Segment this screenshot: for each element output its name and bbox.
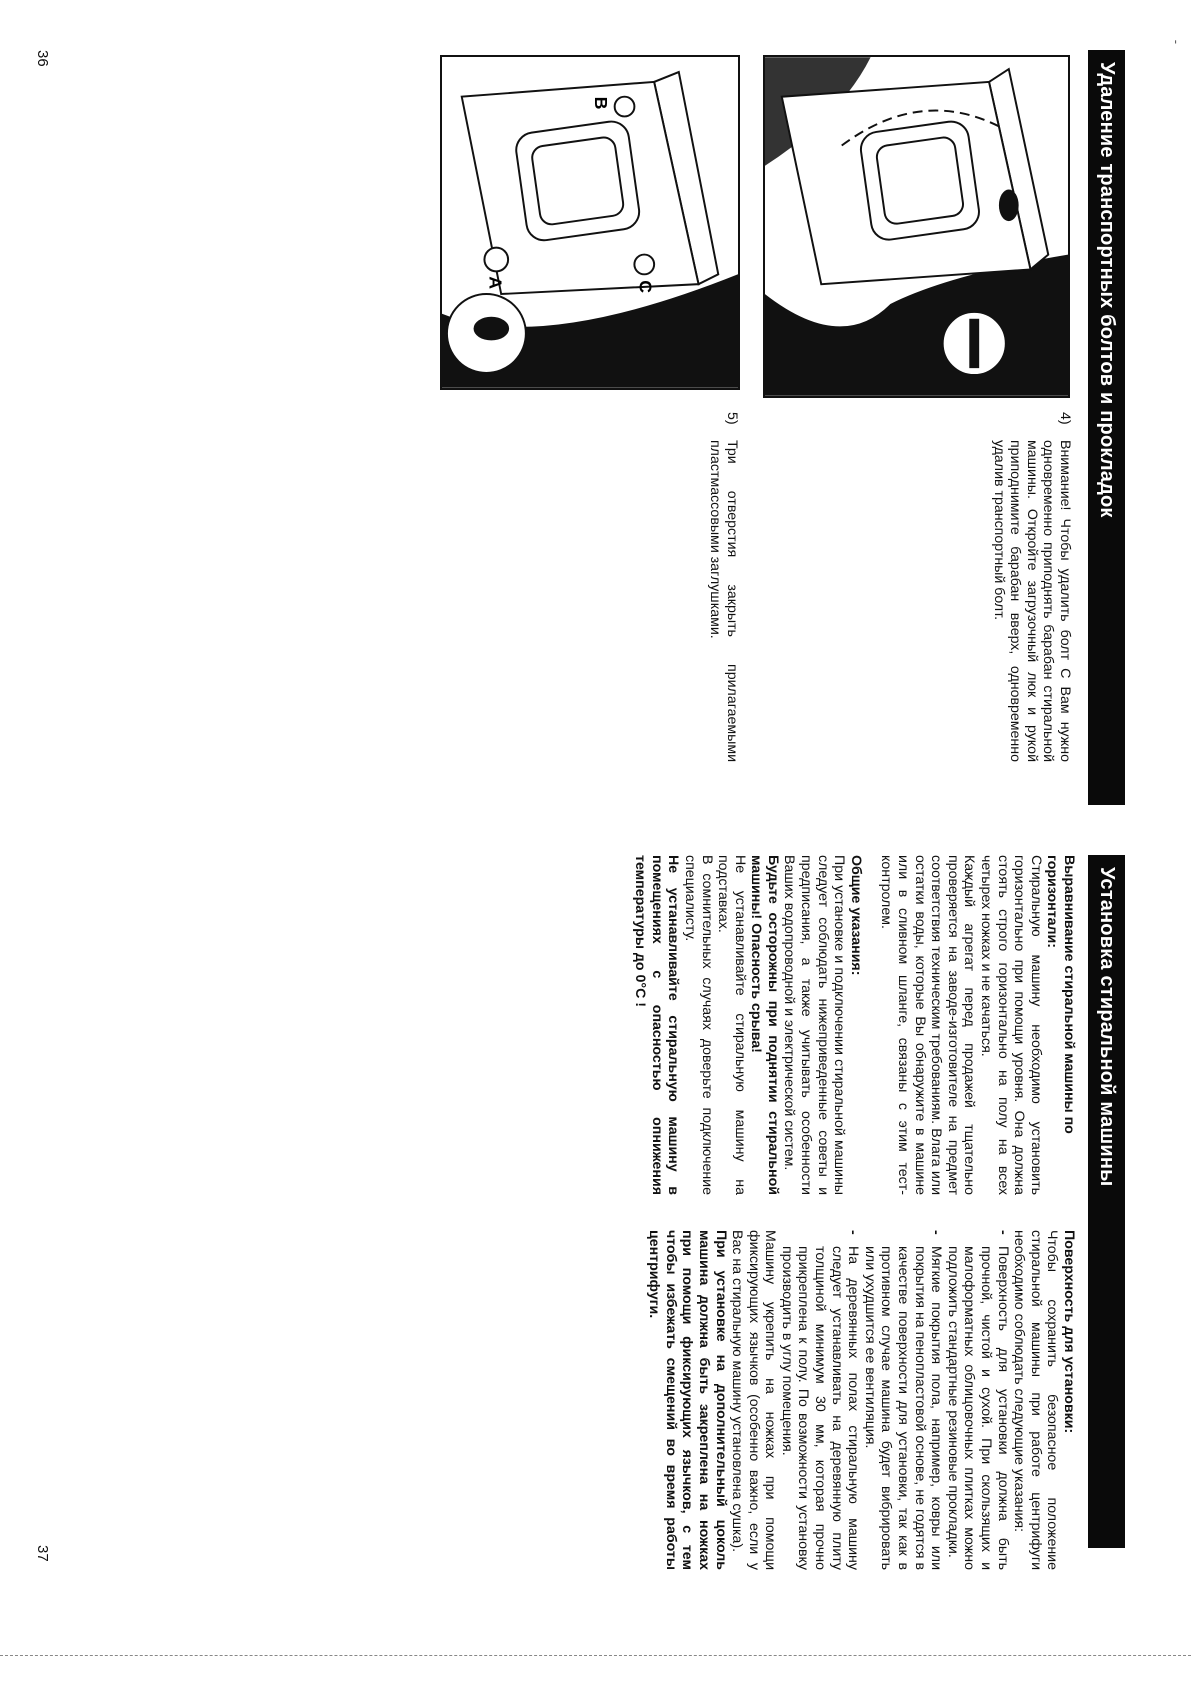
general-paragraph-2: Не устанавливайте стиральную машину на п…	[715, 855, 748, 1195]
general-paragraph-3: В сомнительных случаях доверьте подключе…	[681, 855, 714, 1195]
step-number: 5)	[723, 412, 740, 425]
bolt-label-a: A	[485, 276, 505, 289]
surface-bullet: Мягкие покрытия пола, например, ковры ил…	[861, 1230, 944, 1570]
leveling-title: Выравнивание стиральной машины по горизо…	[1044, 855, 1077, 1195]
right-column-2: Поверхность для установки: Чтобы сохрани…	[646, 1230, 1077, 1570]
bolt-label-c: C	[635, 280, 655, 293]
general-section: Общие указания: При установке и подключе…	[632, 855, 864, 1195]
leveling-section: Выравнивание стиральной машины по горизо…	[878, 855, 1077, 1195]
leveling-paragraph-2: Каждый агрегат перед продажей тщательно …	[878, 855, 978, 1195]
surface-bullet: Поверхность для установки должна быть пр…	[944, 1230, 1010, 1570]
general-paragraph-1: При установке и подключении стиральной м…	[781, 855, 847, 1195]
washing-machine-bolts-icon: C A B	[442, 57, 738, 388]
step-5: 5) Три отверстия закрыть прилагаемыми пл…	[707, 412, 740, 762]
surface-intro: Чтобы сохранить безопасное положение сти…	[1011, 1230, 1061, 1570]
leveling-paragraph-1: Стиральную машину необходимо установить …	[977, 855, 1043, 1195]
step-4: 4) Внимание! Чтобы удалить болт С Вам ну…	[990, 412, 1073, 762]
surface-bullet: На деревянных полах стиральную машину сл…	[778, 1230, 861, 1570]
page-number-right: 37	[34, 1545, 51, 1562]
general-warning-2: Не устанавливайте стиральную машину в по…	[632, 855, 682, 1195]
surface-title: Поверхность для установки:	[1060, 1230, 1077, 1570]
washing-machine-drum-lift-icon	[765, 57, 1068, 396]
document-spread: ˉ Удаление транспортных болтов и проклад…	[0, 0, 1191, 1685]
bolt-label-b: B	[591, 97, 611, 110]
general-title: Общие указания:	[847, 855, 864, 1195]
right-page-header: Установка стиральной машины	[1088, 855, 1125, 1548]
scan-edge-rule	[0, 1655, 1191, 1657]
fix-warning: При установке на дополнительный цоколь м…	[646, 1230, 729, 1570]
step-number: 4)	[1056, 412, 1073, 425]
bolt-positions-illustration: C A B	[440, 55, 740, 390]
step-text: Внимание! Чтобы удалить болт С Вам нужно…	[990, 440, 1073, 762]
scan-corner-mark: ˉ	[1165, 40, 1179, 44]
drum-lift-illustration	[763, 55, 1070, 398]
general-warning-1: Будьте осторожны при поднятии стиральной…	[748, 855, 781, 1195]
fix-paragraph: Машину укрепить на ножках при помощи фик…	[729, 1230, 779, 1570]
step-text: Три отверстия закрыть прилагаемыми пласт…	[707, 440, 740, 762]
page-number-left: 36	[34, 50, 51, 67]
right-column-1: Выравнивание стиральной машины по горизо…	[618, 855, 1077, 1195]
left-page-header: Удаление транспортных болтов и прокладок	[1088, 50, 1125, 805]
